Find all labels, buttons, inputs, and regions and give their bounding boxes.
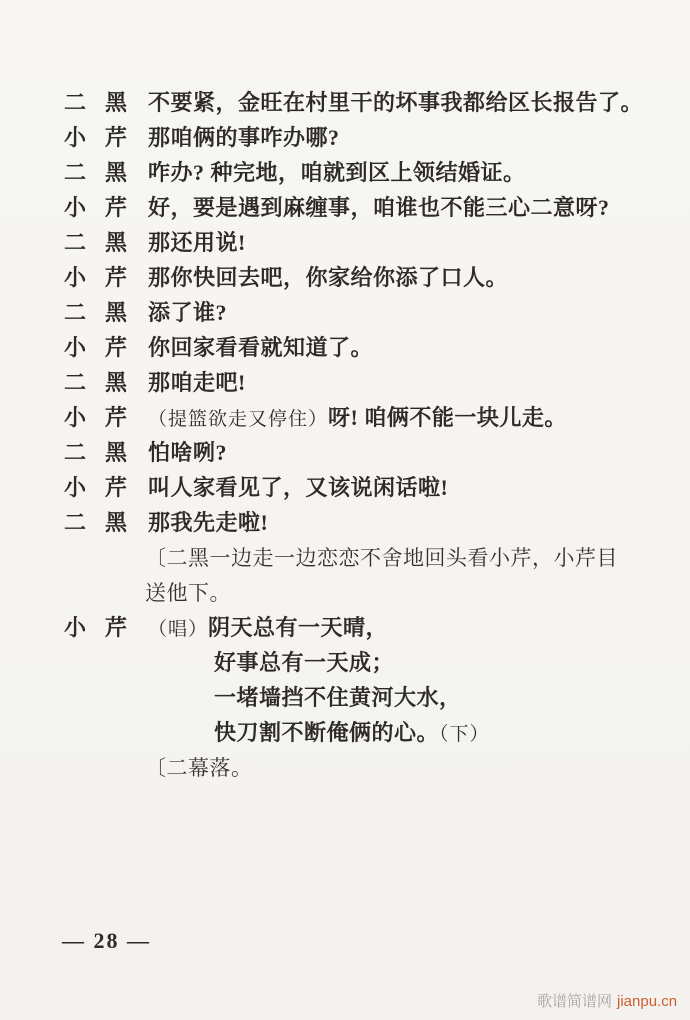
- dialogue-line: 小芹 那你快回去吧，你家给你添了口人。: [0, 259, 690, 294]
- line-text: 快刀割不断俺俩的心。（下）: [214, 716, 490, 747]
- dialogue-line: 小芹 叫人家看见了，又该说闲话啦!: [0, 469, 690, 504]
- speaker-char: 芹: [105, 191, 127, 222]
- speaker-char: 芹: [105, 611, 127, 642]
- dialogue-line: 二黑 添了谁?: [0, 294, 690, 329]
- speaker-char: 黑: [105, 506, 127, 537]
- inline-stage-note: （下）: [439, 724, 490, 745]
- stage-direction-line: 〔二幕落。: [0, 749, 690, 784]
- watermark-site-name: 歌谱简谱网: [537, 993, 612, 1010]
- speaker-char: 小: [64, 611, 86, 642]
- speaker-name: 二黑: [64, 506, 127, 537]
- speaker-name: 小芹: [64, 121, 127, 152]
- dialogue-line: 小芹 （唱）阴天总有一天晴，: [0, 609, 690, 644]
- speaker-char: 黑: [105, 296, 127, 327]
- speaker-char: 黑: [105, 156, 127, 187]
- inline-stage-note: （唱）: [148, 619, 208, 640]
- speaker-char: 黑: [105, 366, 127, 397]
- speaker-name: 小芹: [64, 471, 127, 502]
- line-text: 叫人家看见了，又该说闲话啦!: [148, 471, 448, 502]
- speaker-name: 小芹: [64, 191, 127, 222]
- speaker-char: 黑: [105, 436, 127, 467]
- line-text: 不要紧，金旺在村里干的坏事我都给区长报告了。: [148, 86, 643, 117]
- script-body: 二黑 不要紧，金旺在村里干的坏事我都给区长报告了。 小芹 那咱俩的事咋办哪? 二…: [0, 84, 690, 784]
- line-text: 送他下。: [145, 577, 231, 607]
- line-text: （提篮欲走又停住）呀! 咱俩不能一块儿走。: [148, 401, 567, 432]
- line-text: 添了谁?: [148, 296, 227, 327]
- line-text: （唱）阴天总有一天晴，: [148, 611, 388, 642]
- stage-direction-line: 送他下。: [0, 574, 690, 609]
- line-text: 那我先走啦!: [148, 506, 268, 537]
- dialogue-line: 小芹 那咱俩的事咋办哪?: [0, 119, 690, 154]
- speaker-char: 二: [64, 366, 86, 397]
- speaker-char: 二: [64, 86, 86, 117]
- speaker-name: 二黑: [64, 436, 127, 467]
- line-text: 那咱俩的事咋办哪?: [148, 121, 340, 152]
- dialogue-line: 二黑 那我先走啦!: [0, 504, 690, 539]
- speaker-name: 二黑: [64, 366, 127, 397]
- line-text: 那你快回去吧，你家给你添了口人。: [148, 261, 508, 292]
- speaker-name: 二黑: [64, 296, 127, 327]
- speaker-char: 芹: [105, 401, 127, 432]
- script-page: { "page": { "number": "— 28 —" }, "water…: [0, 0, 690, 1020]
- line-text: 那还用说!: [148, 226, 246, 257]
- speaker-char: 二: [64, 156, 86, 187]
- line-text-main: 快刀割不断俺俩的心。: [214, 720, 439, 745]
- watermark-site-url: jianpu.cn: [617, 993, 677, 1010]
- page-number: — 28 —: [62, 928, 151, 954]
- speaker-char: 二: [64, 296, 86, 327]
- line-text: 好，要是遇到麻缠事，咱谁也不能三心二意呀?: [148, 191, 610, 222]
- line-text: 〔二幕落。: [145, 752, 253, 782]
- dialogue-line: 二黑 那咱走吧!: [0, 364, 690, 399]
- speaker-char: 小: [64, 191, 86, 222]
- dialogue-line: 二黑 怕啥咧?: [0, 434, 690, 469]
- dialogue-line: 小芹 你回家看看就知道了。: [0, 329, 690, 364]
- speaker-char: 黑: [105, 86, 127, 117]
- line-text-main: 阴天总有一天晴，: [208, 615, 388, 640]
- line-text: 咋办? 种完地，咱就到区上领结婚证。: [148, 156, 526, 187]
- song-line: 好事总有一天成；: [0, 644, 690, 679]
- speaker-char: 二: [64, 506, 86, 537]
- stage-direction-line: 〔二黑一边走一边恋恋不舍地回头看小芹，小芹目: [0, 539, 690, 574]
- speaker-char: 黑: [105, 226, 127, 257]
- speaker-char: 小: [64, 471, 86, 502]
- speaker-char: 小: [64, 401, 86, 432]
- speaker-name: 二黑: [64, 156, 127, 187]
- line-text: 怕啥咧?: [148, 436, 227, 467]
- line-text: 那咱走吧!: [148, 366, 246, 397]
- line-text: 〔二黑一边走一边恋恋不舍地回头看小芹，小芹目: [145, 542, 618, 572]
- dialogue-line: 二黑 那还用说!: [0, 224, 690, 259]
- song-line: 快刀割不断俺俩的心。（下）: [0, 714, 690, 749]
- speaker-char: 二: [64, 226, 86, 257]
- dialogue-line: 二黑 咋办? 种完地，咱就到区上领结婚证。: [0, 154, 690, 189]
- speaker-char: 小: [64, 121, 86, 152]
- dialogue-line: 二黑 不要紧，金旺在村里干的坏事我都给区长报告了。: [0, 84, 690, 119]
- speaker-name: 小芹: [64, 331, 127, 362]
- speaker-char: 芹: [105, 471, 127, 502]
- speaker-char: 芹: [105, 261, 127, 292]
- speaker-char: 小: [64, 331, 86, 362]
- line-text-main: 呀! 咱俩不能一块儿走。: [328, 405, 567, 430]
- watermark: 歌谱简谱网jianpu.cn: [537, 990, 677, 1011]
- speaker-name: 小芹: [64, 401, 127, 432]
- line-text: 好事总有一天成；: [214, 646, 394, 677]
- speaker-name: 小芹: [64, 611, 127, 642]
- song-line: 一堵墙挡不住黄河大水，: [0, 679, 690, 714]
- inline-stage-note: （提篮欲走又停住）: [148, 409, 328, 430]
- speaker-name: 小芹: [64, 261, 127, 292]
- speaker-name: 二黑: [64, 86, 127, 117]
- line-text: 一堵墙挡不住黄河大水，: [214, 681, 462, 712]
- speaker-char: 芹: [105, 121, 127, 152]
- speaker-char: 二: [64, 436, 86, 467]
- speaker-name: 二黑: [64, 226, 127, 257]
- line-text: 你回家看看就知道了。: [148, 331, 373, 362]
- dialogue-line: 小芹 好，要是遇到麻缠事，咱谁也不能三心二意呀?: [0, 189, 690, 224]
- dialogue-line: 小芹 （提篮欲走又停住）呀! 咱俩不能一块儿走。: [0, 399, 690, 434]
- speaker-char: 小: [64, 261, 86, 292]
- speaker-char: 芹: [105, 331, 127, 362]
